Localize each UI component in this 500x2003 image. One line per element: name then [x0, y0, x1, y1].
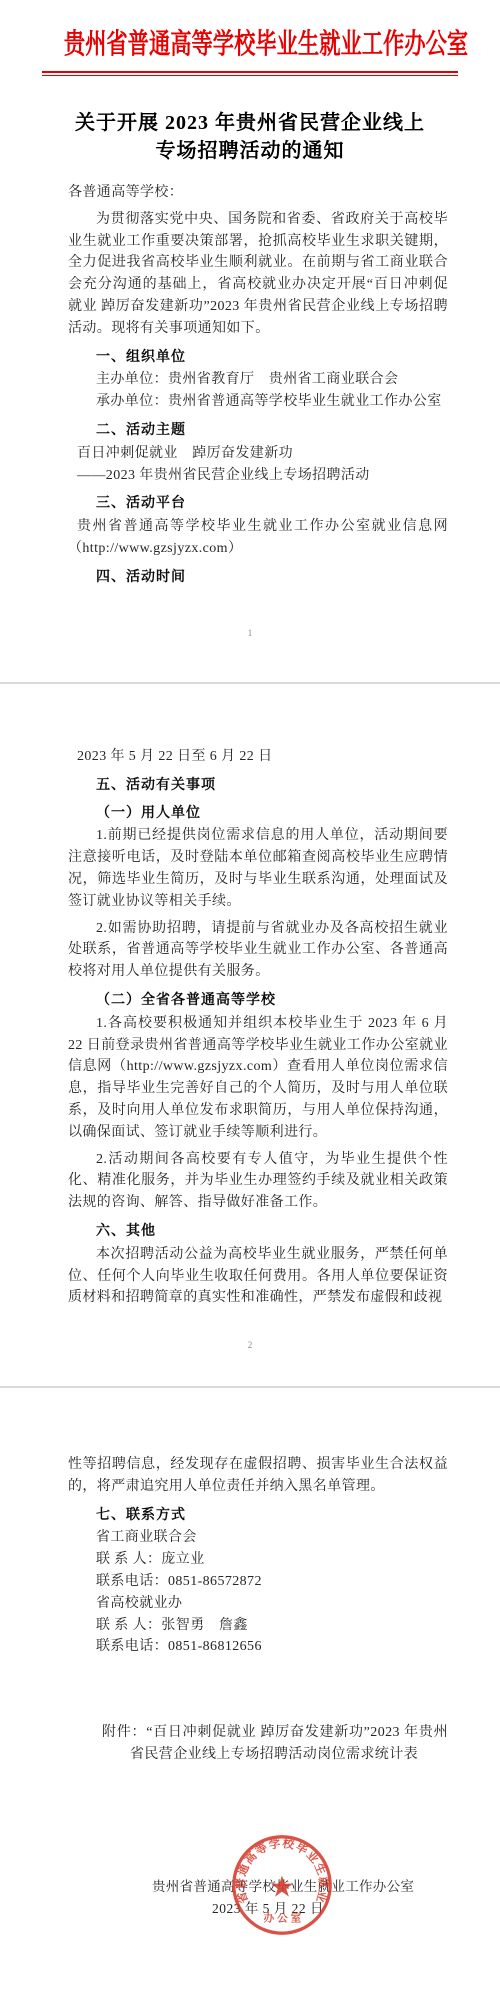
letterhead-org-name: 贵州省普通高等学校毕业生就业工作办公室 — [64, 22, 468, 62]
contact-org-2: 省高校就业办 — [68, 1593, 448, 1615]
section-3-heading: 三、活动平台 — [68, 492, 448, 514]
other-paragraph-part: 本次招聘活动公益为高校毕业生就业服务，严禁任何单位、任何个人向毕业生收取任何费用… — [68, 1244, 448, 1309]
contact-phone-2: 联系电话：0851-86812656 — [68, 1636, 448, 1658]
letterhead: 贵州省普通高等学校毕业生就业工作办公室 — [0, 22, 500, 62]
attachment-label: 附件： — [102, 1725, 146, 1740]
section-2-heading: 二、活动主题 — [68, 419, 448, 441]
employer-paragraph-2: 2.如需协助招聘，请提前与省就业办及各高校招生就业处联系，省普通高等学校毕业生就… — [68, 918, 448, 983]
section-4-heading: 四、活动时间 — [68, 566, 448, 588]
section-6-heading: 六、其他 — [68, 1220, 448, 1242]
seal-bottom-text: 办公室 — [264, 1912, 304, 1925]
platform-line: 贵州省普通高等学校毕业生就业工作办公室就业信息网（http://www.gzsj… — [68, 516, 448, 560]
page-number-1: 1 — [0, 628, 500, 638]
section-7-heading: 七、联系方式 — [68, 1504, 448, 1526]
contact-phone-1: 联系电话：0851-86572872 — [68, 1571, 448, 1593]
section-1-heading: 一、组织单位 — [68, 346, 448, 368]
theme-line-2: ——2023 年贵州省民营企业线上专场招聘活动 — [68, 465, 448, 487]
organizer-unit-line: 承办单位：贵州省普通高等学校毕业生就业工作办公室 — [68, 391, 448, 413]
other-paragraph-continued: 性等招聘信息，经发现存在虚假招聘、损害毕业生合法权益的，将严肃追究用人单位责任并… — [68, 1454, 448, 1498]
section-5-heading: 五、活动有关事项 — [68, 774, 448, 796]
document-title-line2: 专场招聘活动的通知 — [0, 137, 500, 165]
official-seal: 贵州省普通高等学校毕业生就业工作 ★ 办公室 — [226, 1832, 338, 1938]
attachment-line: 附件：“百日冲刺促就业 踔厉奋发建新功”2023 年贵州省民营企业线上专场招聘活… — [130, 1722, 448, 1766]
employer-paragraph-1: 1.前期已经提供岗位需求信息的用人单位，活动期间要注意接听电话，及时登陆本单位邮… — [68, 825, 448, 912]
attachment-title: “百日冲刺促就业 踔厉奋发建新功”2023 年贵州省民营企业线上专场招聘活动岗位… — [130, 1725, 448, 1762]
theme-line-1: 百日冲刺促就业 踔厉奋发建新功 — [68, 443, 448, 465]
document-title-line1: 关于开展 2023 年贵州省民营企业线上 — [0, 109, 500, 137]
contact-person-2: 联 系 人：张智勇 詹鑫 — [68, 1615, 448, 1637]
host-unit-line: 主办单位：贵州省教育厅 贵州省工商业联合会 — [68, 369, 448, 391]
colleges-paragraph-1: 1.各高校要积极通知并组织本校毕业生于 2023 年 6 月 22 日前登录贵州… — [68, 1013, 448, 1144]
salutation: 各普通高等学校： — [68, 182, 448, 204]
activity-time-line: 2023 年 5 月 22 日至 6 月 22 日 — [68, 746, 448, 768]
page-number-2: 2 — [0, 1340, 500, 1350]
page-3: 性等招聘信息，经发现存在虚假招聘、损害毕业生合法权益的，将严肃追究用人单位责任并… — [0, 1388, 500, 1999]
contact-person-1: 联 系 人：庞立业 — [68, 1549, 448, 1571]
page-1: 贵州省普通高等学校毕业生就业工作办公室 关于开展 2023 年贵州省民营企业线上… — [0, 0, 500, 684]
seal-star-icon: ★ — [269, 1872, 295, 1904]
section-5-sub2-heading: （二）全省各普通高等学校 — [68, 989, 448, 1011]
section-5-sub1-heading: （一）用人单位 — [68, 802, 448, 824]
contact-org-1: 省工商业联合会 — [68, 1527, 448, 1549]
letterhead-double-rule — [42, 71, 458, 76]
intro-paragraph: 为贯彻落实党中央、国务院和省委、省政府关于高校毕业生就业工作重要决策部署，抢抓高… — [68, 209, 448, 340]
colleges-paragraph-2: 2.活动期间各高校要有专人值守，为毕业生提供个性化、精准化服务，并为毕业生办理签… — [68, 1149, 448, 1214]
page-2: 2023 年 5 月 22 日至 6 月 22 日 五、活动有关事项 （一）用人… — [0, 684, 500, 1388]
document-title: 关于开展 2023 年贵州省民营企业线上 专场招聘活动的通知 — [0, 109, 500, 165]
